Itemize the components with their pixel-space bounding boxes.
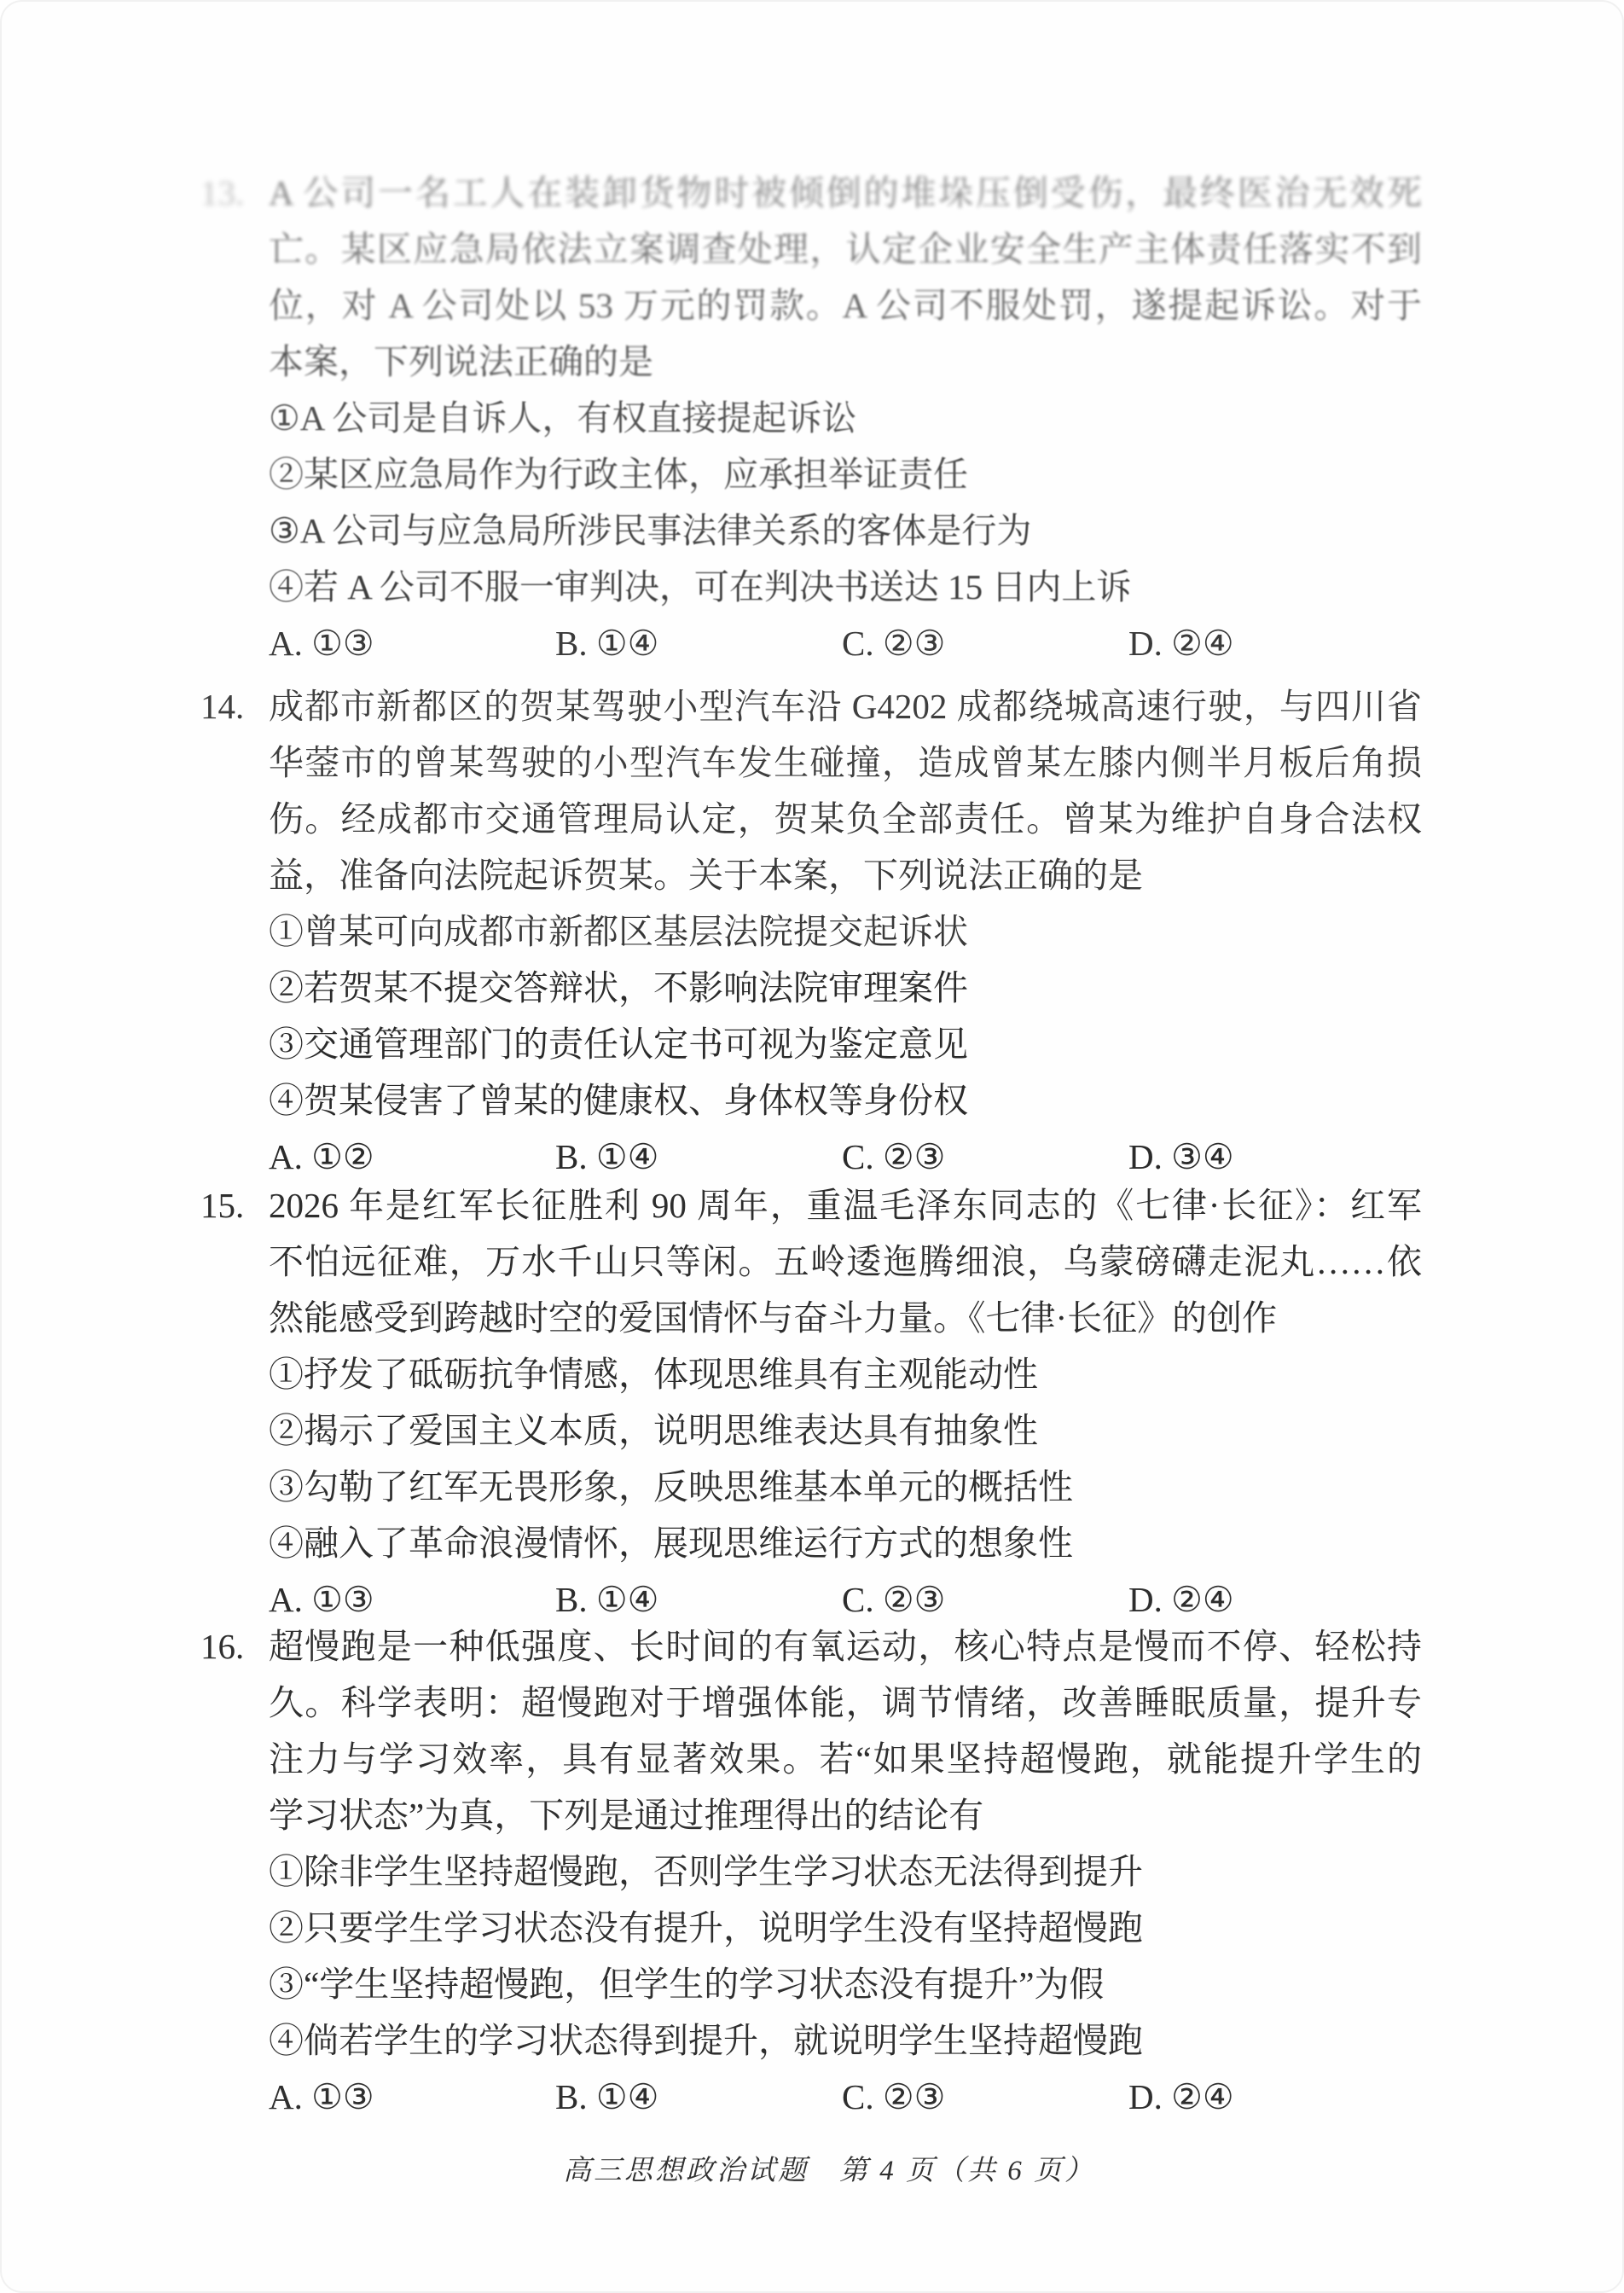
question-16-item-2: ②只要学生学习状态没有提升，说明学生没有坚持超慢跑 — [269, 1900, 1422, 1956]
question-16-number: 16. — [200, 1618, 267, 1675]
question-14-line-1: 14.成都市新都区的贺某驾驶小型汽车沿 G4202 成都绕城高速行驶，与四川省 — [269, 678, 1422, 734]
question-16-option-c: C. ②③ — [842, 2069, 1128, 2125]
question-14-item-3: ③交通管理部门的责任认定书可视为鉴定意见 — [269, 1016, 1422, 1072]
question-16-line-1: 16.超慢跑是一种低强度、长时间的有氧运动，核心特点是慢而不停、轻松持 — [269, 1618, 1422, 1675]
question-13-option-a: A. ①③ — [269, 615, 555, 671]
question-16-item-4: ④倘若学生的学习状态得到提升，就说明学生坚持超慢跑 — [269, 2012, 1422, 2069]
question-14-number: 14. — [200, 678, 267, 734]
question-15-line-2: 不怕远征难，万水千山只等闲。五岭逶迤腾细浪，乌蒙磅礴走泥丸……依 — [269, 1234, 1422, 1290]
question-13-line-3: 位，对 A 公司处以 53 万元的罚款。A 公司不服处罚，遂提起诉讼。对于 — [269, 277, 1422, 334]
question-16-item-3: ③“学生坚持超慢跑，但学生的学习状态没有提升”为假 — [269, 1956, 1422, 2012]
question-13-item-2: ②某区应急局作为行政主体，应承担举证责任 — [269, 446, 1422, 502]
question-13-number: 13. — [200, 165, 267, 221]
question-16-item-1: ①除非学生坚持超慢跑，否则学生学习状态无法得到提升 — [269, 1843, 1422, 1900]
question-13-item-1: ①A 公司是自诉人，有权直接提起诉讼 — [269, 390, 1422, 446]
question-16-option-b: B. ①④ — [555, 2069, 842, 2125]
question-13-line-2: 亡。某区应急局依法立案调查处理，认定企业安全生产主体责任落实不到 — [269, 221, 1422, 277]
question-16-line-3: 注力与学习效率，具有显著效果。若“如果坚持超慢跑，就能提升学生的 — [269, 1731, 1422, 1787]
question-15-line-1: 15.2026 年是红军长征胜利 90 周年，重温毛泽东同志的《七律·长征》：红… — [269, 1177, 1422, 1234]
question-14-line-3: 伤。经成都市交通管理局认定，贺某负全部责任。曾某为维护自身合法权 — [269, 791, 1422, 847]
question-16: 16.超慢跑是一种低强度、长时间的有氧运动，核心特点是慢而不停、轻松持 久。科学… — [269, 1618, 1422, 2125]
question-13-item-3: ③A 公司与应急局所涉民事法律关系的客体是行为 — [269, 502, 1422, 559]
question-13-line-1-text: A 公司一名工人在装卸货物时被倾倒的堆垛压倒受伤，最终医治无效死 — [269, 173, 1422, 212]
question-13-option-d: D. ②④ — [1128, 615, 1234, 671]
question-13: 13.A 公司一名工人在装卸货物时被倾倒的堆垛压倒受伤，最终医治无效死 亡。某区… — [269, 165, 1422, 671]
question-15-item-4: ④融入了革命浪漫情怀，展现思维运行方式的想象性 — [269, 1515, 1422, 1571]
question-13-option-c: C. ②③ — [842, 615, 1128, 671]
question-14-item-4: ④贺某侵害了曾某的健康权、身体权等身份权 — [269, 1072, 1422, 1129]
question-14-item-1: ①曾某可向成都市新都区基层法院提交起诉状 — [269, 903, 1422, 960]
exam-page: 13.A 公司一名工人在装卸货物时被倾倒的堆垛压倒受伤，最终医治无效死 亡。某区… — [0, 0, 1624, 2293]
question-15-line-1-text: 2026 年是红军长征胜利 90 周年，重温毛泽东同志的《七律·长征》：红军 — [269, 1186, 1422, 1225]
question-16-option-d: D. ②④ — [1128, 2069, 1234, 2125]
question-16-line-1-text: 超慢跑是一种低强度、长时间的有氧运动，核心特点是慢而不停、轻松持 — [269, 1627, 1422, 1666]
question-15: 15.2026 年是红军长征胜利 90 周年，重温毛泽东同志的《七律·长征》：红… — [269, 1177, 1422, 1628]
question-14-item-2: ②若贺某不提交答辩状，不影响法院审理案件 — [269, 960, 1422, 1016]
question-15-number: 15. — [200, 1177, 267, 1234]
question-16-option-a: A. ①③ — [269, 2069, 555, 2125]
page-footer: 高三思想政治试题 第 4 页（共 6 页） — [0, 2148, 1624, 2188]
question-14-line-4: 益，准备向法院起诉贺某。关于本案，下列说法正确的是 — [269, 847, 1422, 903]
question-13-item-4: ④若 A 公司不服一审判决，可在判决书送达 15 日内上诉 — [269, 559, 1422, 615]
question-16-line-2: 久。科学表明：超慢跑对于增强体能，调节情绪，改善睡眠质量，提升专 — [269, 1675, 1422, 1731]
question-14-line-2: 华蓥市的曾某驾驶的小型汽车发生碰撞，造成曾某左膝内侧半月板后角损 — [269, 734, 1422, 791]
question-13-options-row: A. ①③B. ①④C. ②③D. ②④ — [269, 615, 1422, 671]
question-13-option-b: B. ①④ — [555, 615, 842, 671]
question-16-line-4: 学习状态”为真，下列是通过推理得出的结论有 — [269, 1787, 1422, 1843]
question-15-line-3: 然能感受到跨越时空的爱国情怀与奋斗力量。《七律·长征》的创作 — [269, 1290, 1422, 1346]
question-15-item-1: ①抒发了砥砺抗争情感，体现思维具有主观能动性 — [269, 1346, 1422, 1402]
question-14-line-1-text: 成都市新都区的贺某驾驶小型汽车沿 G4202 成都绕城高速行驶，与四川省 — [269, 687, 1422, 726]
question-13-line-1: 13.A 公司一名工人在装卸货物时被倾倒的堆垛压倒受伤，最终医治无效死 — [269, 165, 1422, 221]
question-15-item-2: ②揭示了爱国主义本质，说明思维表达具有抽象性 — [269, 1402, 1422, 1459]
question-15-item-3: ③勾勒了红军无畏形象，反映思维基本单元的概括性 — [269, 1459, 1422, 1515]
question-13-line-4: 本案，下列说法正确的是 — [269, 334, 1422, 390]
question-16-options-row: A. ①③B. ①④C. ②③D. ②④ — [269, 2069, 1422, 2125]
question-14: 14.成都市新都区的贺某驾驶小型汽车沿 G4202 成都绕城高速行驶，与四川省 … — [269, 678, 1422, 1185]
